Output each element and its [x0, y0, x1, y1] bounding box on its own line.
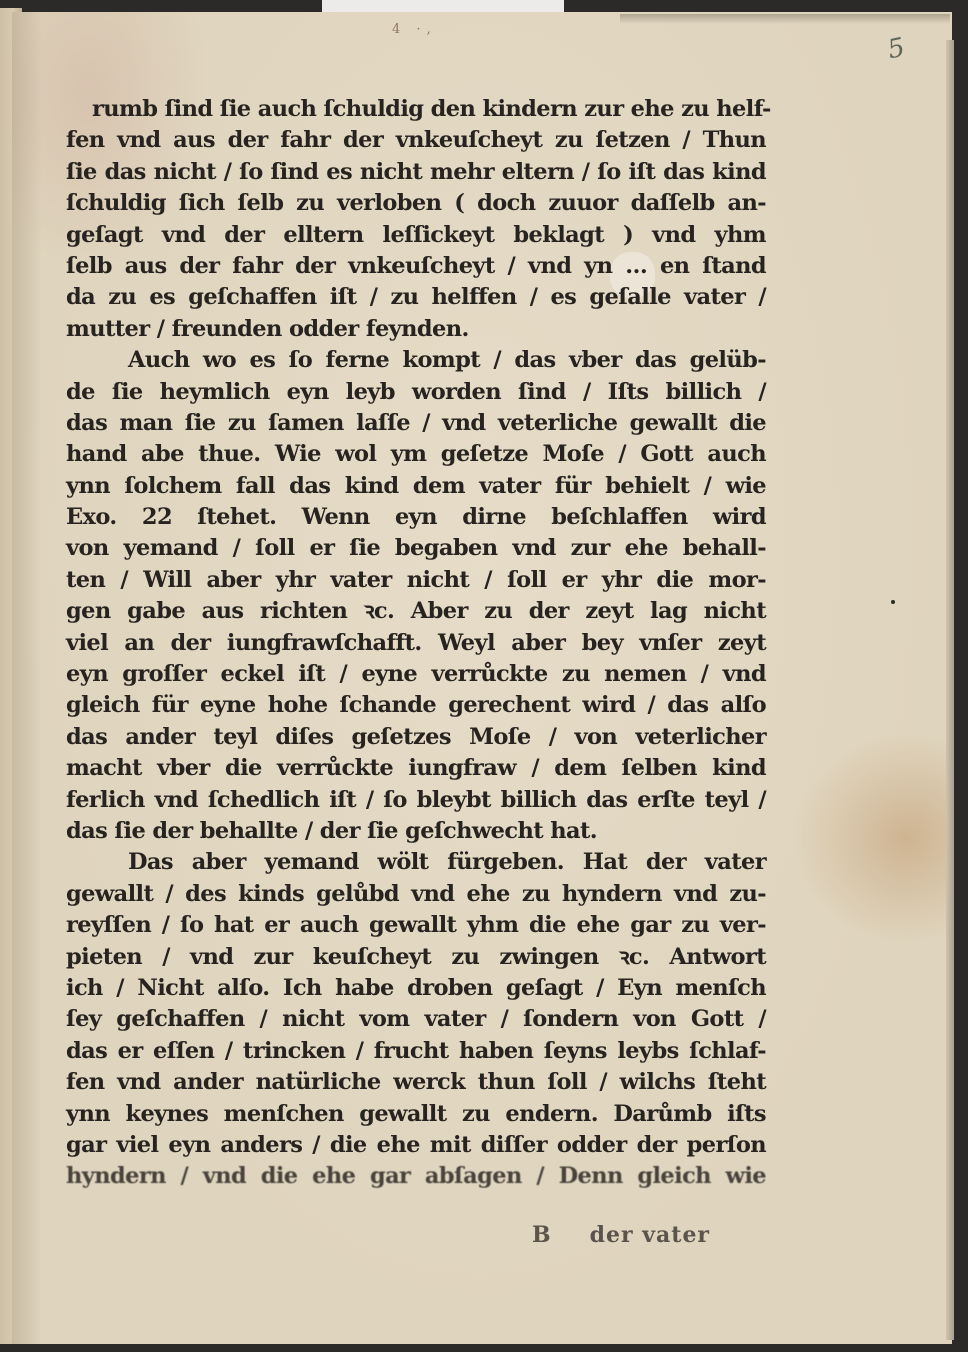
- paragraph-3: Das aber yemand wölt fürgeben. Hat der v…: [66, 847, 766, 1192]
- text-line: ich / Nicht alſo. Ich habe droben geſagt…: [66, 973, 766, 1004]
- text-line: ſelb aus der fahr der vnkeuſcheyt / vnd …: [66, 251, 766, 282]
- text-line: pieten / vnd zur keuſcheyt zu zwingen ꝛc…: [66, 942, 766, 973]
- text-line: macht vber die verrůckte iungfraw / dem …: [66, 753, 766, 784]
- ink-speck: [891, 600, 895, 604]
- top-edge-stain: [620, 14, 950, 24]
- text-line: fen vnd aus der fahr der vnkeuſcheyt zu …: [66, 125, 766, 156]
- text-line: mutter / freunden odder feynden.: [66, 314, 766, 345]
- text-line: das ander teyl diſes geſetzes Moſe / von…: [66, 722, 766, 753]
- text-line: rumb ſind ſie auch ſchuldig den kindern …: [66, 94, 766, 125]
- text-line: reyſſen / ſo hat er auch gewallt yhm die…: [66, 910, 766, 941]
- text-line: von yemand / ſoll er ſie begaben vnd zur…: [66, 533, 766, 564]
- text-line: viel an der iungfrawſchafft. Weyl aber b…: [66, 628, 766, 659]
- text-line: hand abe thue. Wie wol ym geſetze Moſe /…: [66, 439, 766, 470]
- text-line: Auch wo es ſo ferne kompt / das vber das…: [66, 345, 766, 376]
- text-line: das man ſie zu ſamen laſſe / vnd veterli…: [66, 408, 766, 439]
- printed-text-block: rumb ſind ſie auch ſchuldig den kindern …: [66, 94, 766, 1193]
- faint-ink-marks: 4 ·‚: [392, 22, 437, 37]
- text-line: Das aber yemand wölt fürgeben. Hat der v…: [66, 847, 766, 878]
- text-line: Exo. 22 ſtehet. Wenn eyn dirne beſchlaff…: [66, 502, 766, 533]
- text-line: eyn groſſer eckel iſt / eyne verrůckte z…: [66, 659, 766, 690]
- text-line: gar viel eyn anders / die ehe mit diſſer…: [66, 1130, 766, 1161]
- text-line: fen vnd ander natürliche werck thun ſoll…: [66, 1067, 766, 1098]
- text-line: ten / Will aber yhr vater nicht / ſoll e…: [66, 565, 766, 596]
- text-line: das ſie der behallte / der ſie geſchwech…: [66, 816, 766, 847]
- page-fore-edge: [946, 40, 954, 1340]
- text-line: ferlich vnd ſchedlich iſt / ſo bleybt bi…: [66, 785, 766, 816]
- text-line: hyndern / vnd die ehe gar abſagen / Denn…: [66, 1161, 766, 1192]
- text-line: gen gabe aus richten ꝛc. Aber zu der zey…: [66, 596, 766, 627]
- text-line: da zu es geſchaffen iſt / zu helffen / e…: [66, 282, 766, 313]
- text-line: gleich für eyne hohe ſchande gerechent w…: [66, 690, 766, 721]
- text-line: ynn ſolchem fall das kind dem vater für …: [66, 471, 766, 502]
- paragraph-1: rumb ſind ſie auch ſchuldig den kindern …: [66, 94, 766, 345]
- paragraph-2: Auch wo es ſo ferne kompt / das vber das…: [66, 345, 766, 847]
- text-line: ſey geſchaffen / nicht vom vater / ſonde…: [66, 1004, 766, 1035]
- signature-mark: B: [532, 1222, 552, 1248]
- gutter-shadow: [12, 12, 42, 1344]
- text-line: de ſie heymlich eyn leyb worden ſind / I…: [66, 377, 766, 408]
- text-line: ſie das nicht / ſo ſind es nicht mehr el…: [66, 157, 766, 188]
- text-line: gewallt / des kinds gelůbd vnd ehe zu hy…: [66, 879, 766, 910]
- text-line: geſagt vnd der elltern leſſickeyt beklag…: [66, 220, 766, 251]
- catchword: der vater: [590, 1222, 710, 1248]
- text-line: ynn keynes menſchen gewallt zu endern. D…: [66, 1099, 766, 1130]
- text-line: das er eſſen / trincken / frucht haben ſ…: [66, 1036, 766, 1067]
- catchword-line: Bder vater: [532, 1222, 710, 1248]
- text-line: ſchuldig ſich ſelb zu verloben ( doch zu…: [66, 188, 766, 219]
